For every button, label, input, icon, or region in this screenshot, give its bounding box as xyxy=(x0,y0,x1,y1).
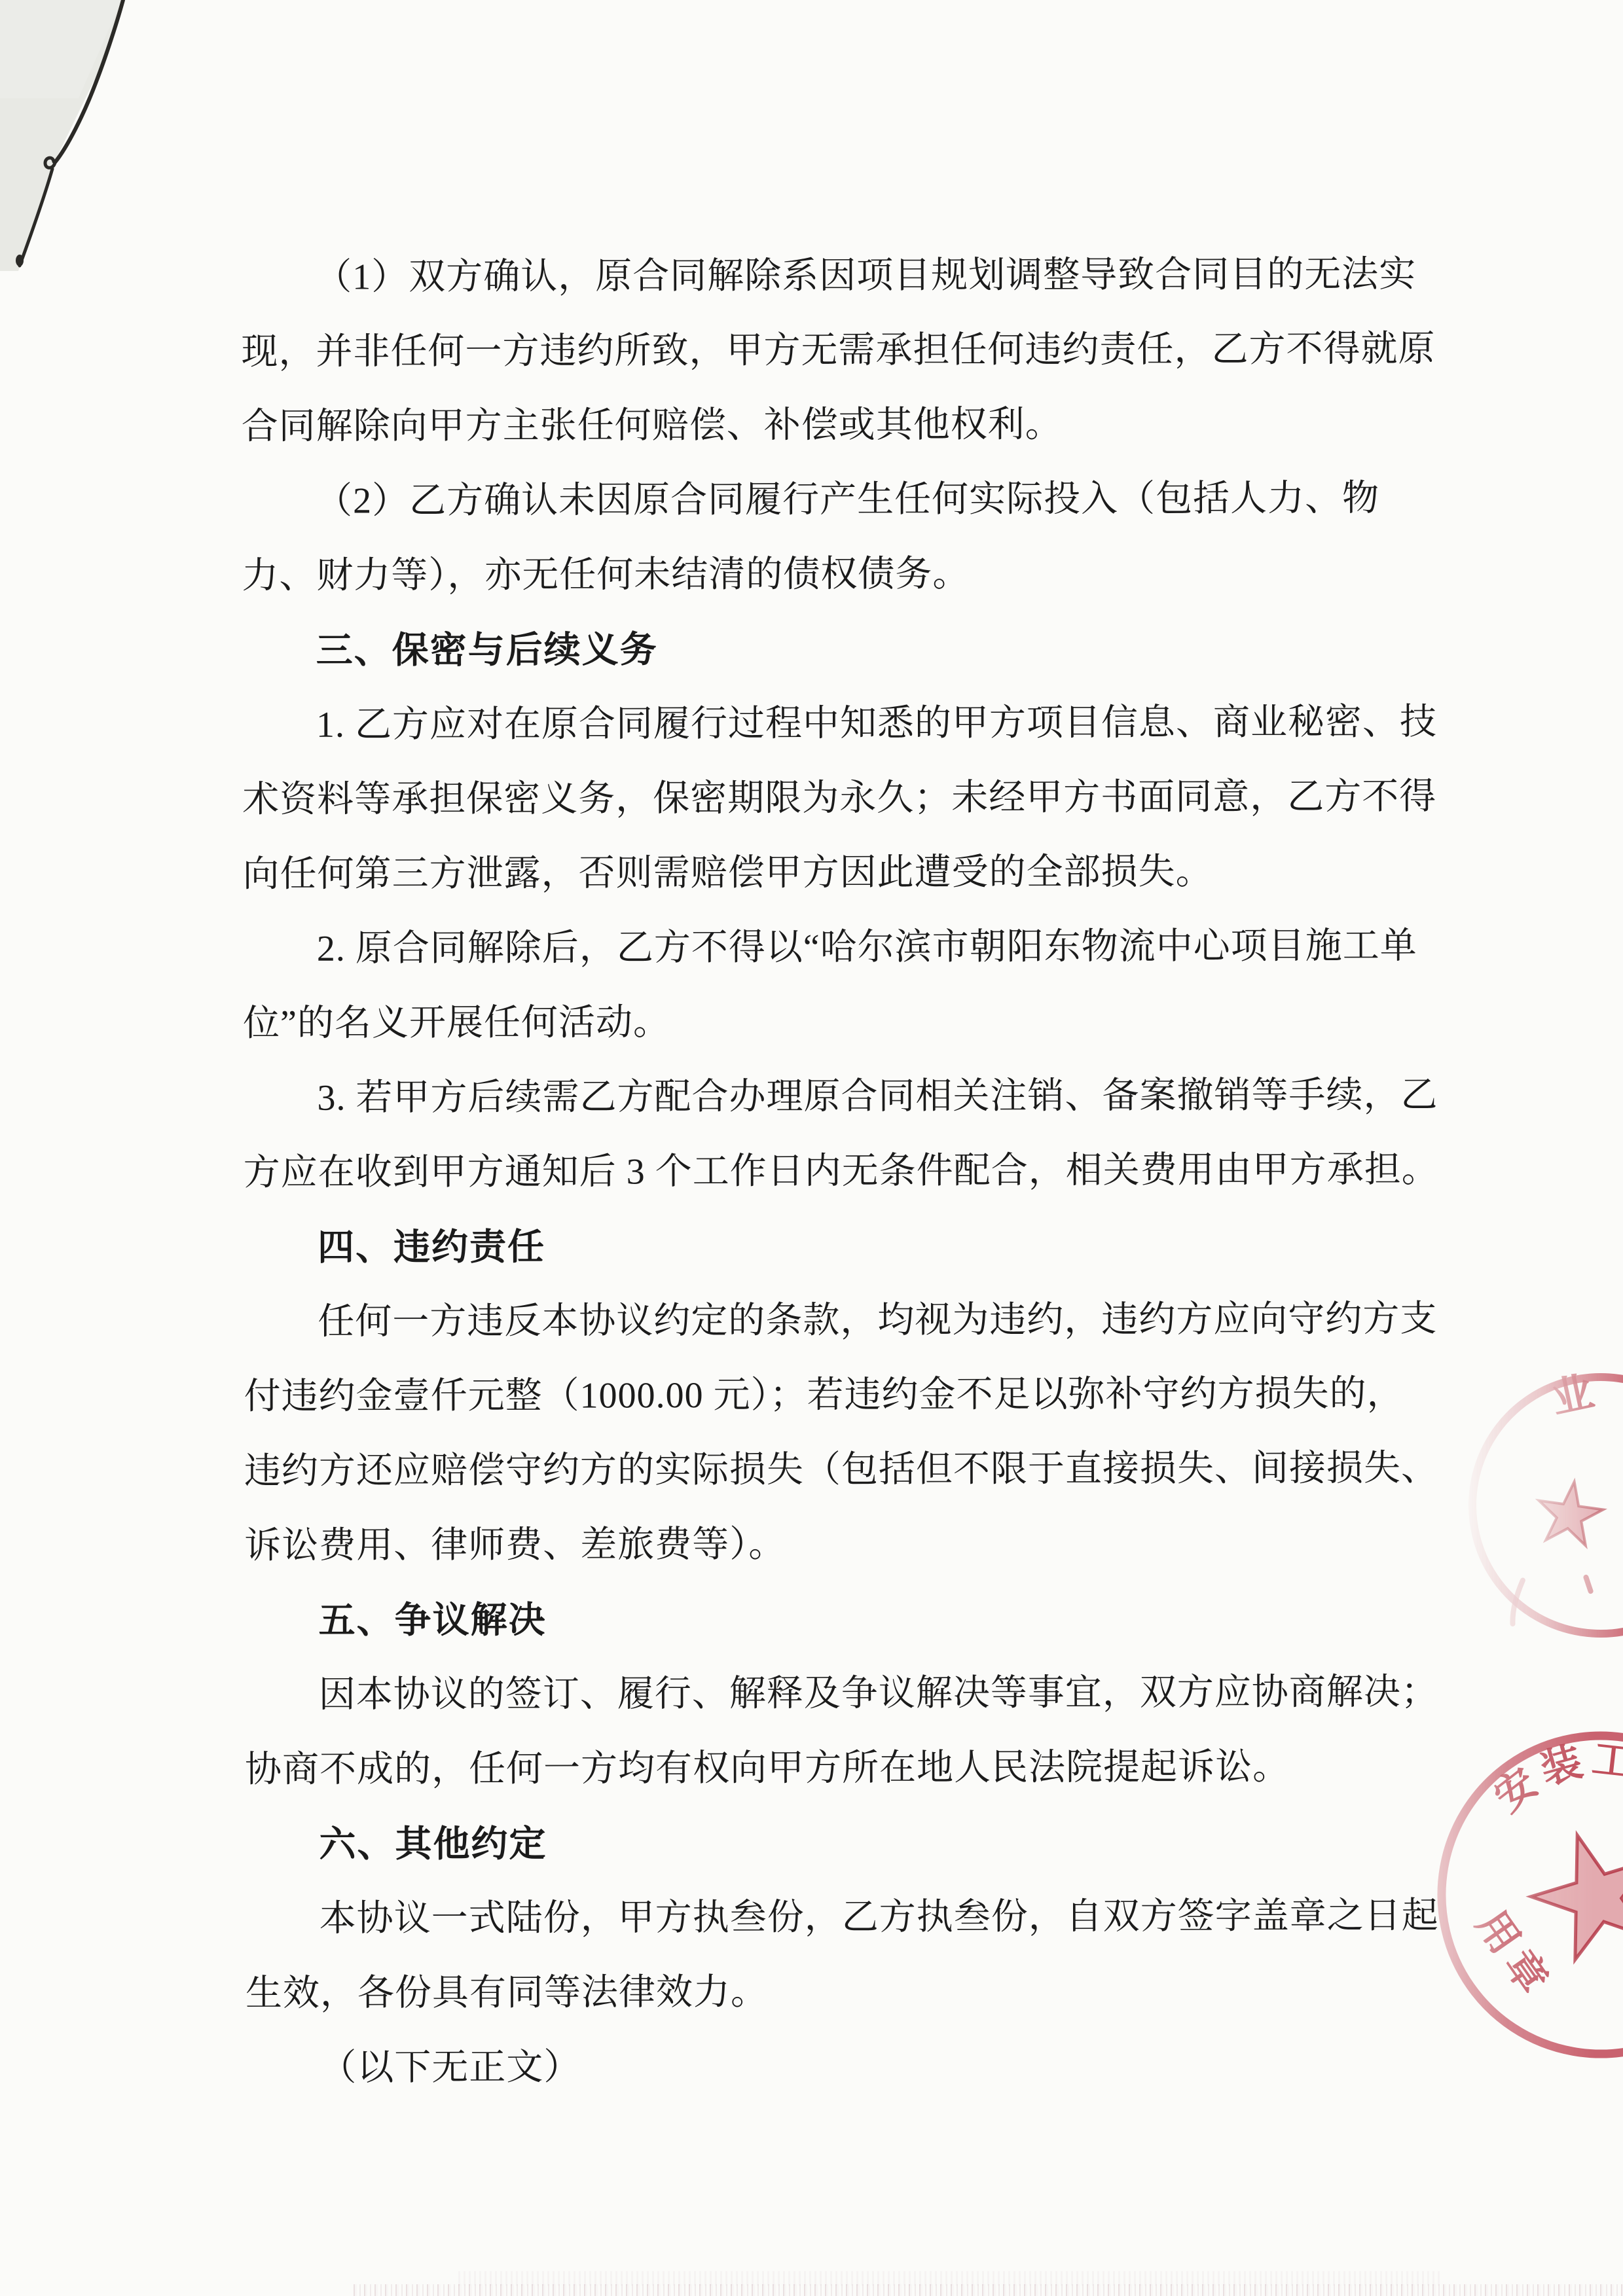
doc-line: 3. 若甲方后续需乙方配合办理原合同相关注销、备案撤销等手续，乙 xyxy=(243,1058,1487,1136)
end-of-text-marker: （以下无正文） xyxy=(246,2028,1489,2106)
doc-line: 生效，各份具有同等法律效力。 xyxy=(246,1953,1489,2031)
doc-line: 1. 乙方应对在原合同履行过程中知悉的甲方项目信息、商业秘密、技 xyxy=(242,685,1486,762)
doc-line: 协商不成的，任何一方均有权向甲方所在地人民法院提起诉讼。 xyxy=(245,1729,1489,1807)
section-heading-dispute-resolution: 五、争议解决 xyxy=(244,1580,1488,1658)
seal-arc-character: 业 xyxy=(1541,1361,1613,1429)
doc-line: 力、财力等），亦无任何未结清的债权债务。 xyxy=(242,535,1486,613)
doc-line: 因本协议的签订、履行、解释及争议解决等事宜，双方应协商解决； xyxy=(245,1655,1489,1732)
contract-body-text: （1）双方确认，原合同解除系因项目规划调整导致合同目的无法实 现，并非任何一方违… xyxy=(241,237,1489,2106)
doc-line: 本协议一式陆份，甲方执叁份，乙方执叁份，自双方签字盖章之日起 xyxy=(246,1878,1489,1956)
doc-line: 方应在收到甲方通知后 3 个工作日内无条件配合，相关费用由甲方承担。 xyxy=(244,1132,1487,1210)
doc-line: 术资料等承担保密义务，保密期限为永久；未经甲方书面同意，乙方不得 xyxy=(242,759,1486,837)
star-icon xyxy=(1518,1809,1623,1979)
doc-line: 付违约金壹仟元整（1000.00 元）；若违约金不足以弥补守约方损失的， xyxy=(244,1356,1487,1434)
page-corner-scan-artifact xyxy=(0,0,144,288)
doc-line: 向任何第三方泄露，否则需赔偿甲方因此遭受的全部损失。 xyxy=(242,834,1486,912)
doc-line: 合同解除向甲方主张任何赔偿、补偿或其他权利。 xyxy=(242,386,1486,464)
doc-line: 违约方还应赔偿守约方的实际损失（包括但不限于直接损失、间接损失、 xyxy=(244,1431,1488,1509)
seal-company-arc-text: 安装工程 xyxy=(1485,1725,1623,1888)
scanned-contract-page: { "colors": { "paper": "#fbfbf9", "ink":… xyxy=(0,0,1623,2296)
section-heading-confidentiality: 三、保密与后续义务 xyxy=(242,610,1486,688)
doc-line: 任何一方违反本协议约定的条款，均视为违约，违约方应向守约方支 xyxy=(244,1282,1487,1359)
doc-line: （2）乙方确认未因原合同履行产生任何实际投入（包括人力、物 xyxy=(242,461,1486,539)
seal-faded-strokes xyxy=(1512,1568,1592,1634)
star-icon xyxy=(1533,1477,1606,1547)
section-heading-miscellaneous: 六、其他约定 xyxy=(245,1804,1489,1882)
scan-noise-faint xyxy=(458,2271,1440,2286)
section-heading-breach-liability: 四、违约责任 xyxy=(244,1207,1487,1285)
doc-line: 诉讼费用、律师费、差旅费等）。 xyxy=(244,1505,1488,1583)
doc-line: （1）双方确认，原合同解除系因项目规划调整导致合同目的无法实 xyxy=(241,237,1485,315)
doc-line: 位”的名义开展任何活动。 xyxy=(243,983,1487,1061)
doc-line: 现，并非任何一方违约所致，甲方无需承担任何违约责任，乙方不得就原 xyxy=(241,312,1485,389)
doc-line: 2. 原合同解除后，乙方不得以“哈尔滨市朝阳东物流中心项目施工单 xyxy=(243,908,1487,986)
scan-noise-strip xyxy=(354,2284,1623,2296)
